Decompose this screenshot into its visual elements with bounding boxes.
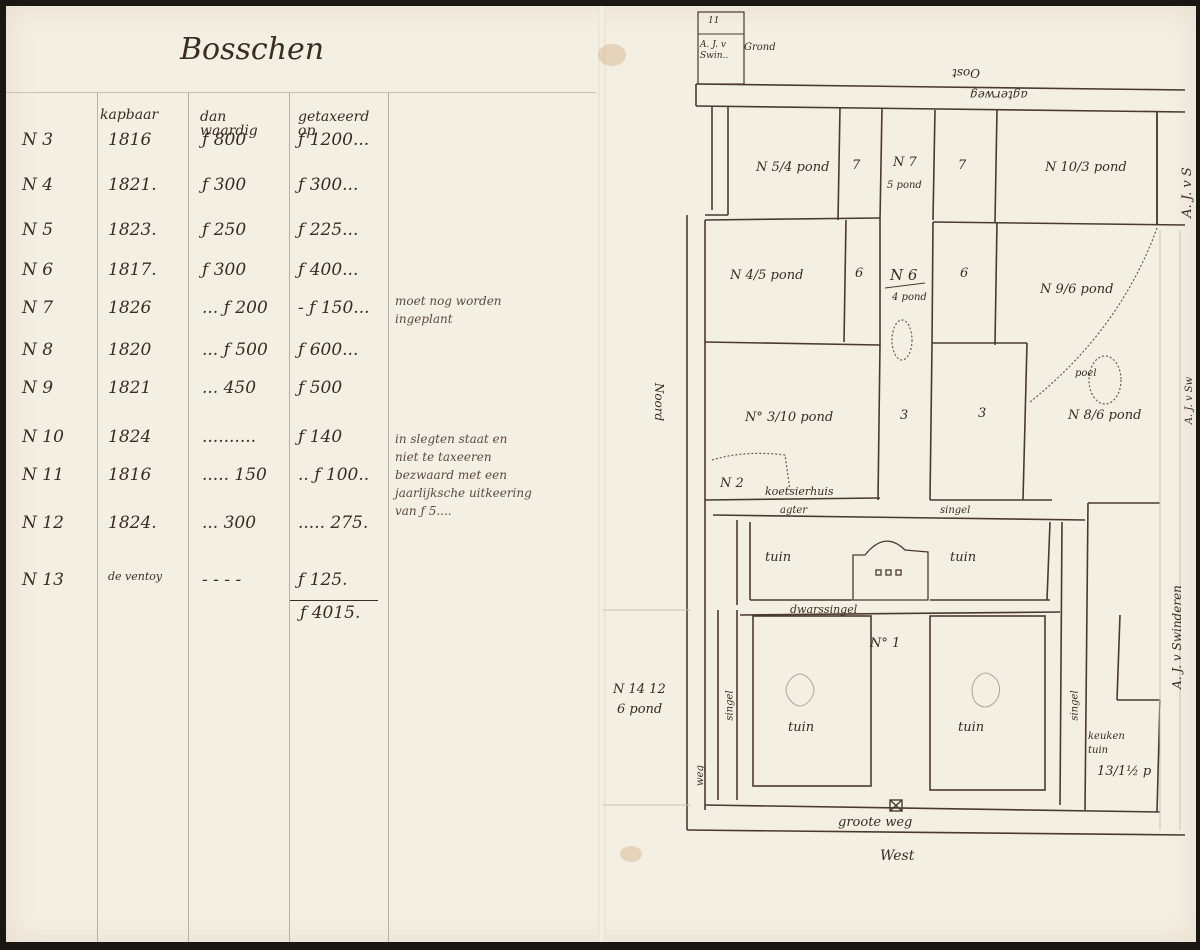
column-rule bbox=[97, 92, 98, 942]
row-number: N 9 bbox=[22, 378, 53, 398]
row-number: N 11 bbox=[22, 465, 64, 485]
row-getaxeerd: ƒ 125. bbox=[298, 570, 348, 590]
row-waardig: ƒ 800 bbox=[202, 130, 246, 150]
row-kapbaar: 1816 bbox=[108, 130, 151, 150]
row-number: N 12 bbox=[22, 513, 64, 533]
row-kapbaar: 1816 bbox=[108, 465, 151, 485]
row-number: N 5 bbox=[22, 220, 53, 240]
row-waardig: ƒ 300 bbox=[202, 175, 246, 195]
paper-stain bbox=[598, 44, 626, 66]
row-getaxeerd: ƒ 600... bbox=[298, 340, 358, 360]
row-getaxeerd: ƒ 140 bbox=[298, 427, 342, 447]
row-kapbaar: 1824 bbox=[108, 427, 151, 447]
row-waardig: ..... 150 bbox=[202, 465, 267, 485]
row-getaxeerd: - ƒ 150... bbox=[298, 298, 370, 318]
row-kapbaar: 1824. bbox=[108, 513, 157, 533]
total-value: ƒ 4015. bbox=[300, 603, 360, 623]
row-number: N 8 bbox=[22, 340, 53, 360]
row-waardig: ƒ 300 bbox=[202, 260, 246, 280]
column-rule bbox=[188, 92, 189, 942]
note-n7: moet nog worden ingeplant bbox=[395, 292, 502, 328]
row-waardig: - - - - bbox=[202, 570, 241, 590]
row-number: N 3 bbox=[22, 130, 53, 150]
row-getaxeerd: ƒ 400... bbox=[298, 260, 358, 280]
row-getaxeerd: ƒ 300... bbox=[298, 175, 358, 195]
row-getaxeerd: ƒ 500 bbox=[298, 378, 342, 398]
page-title: Bosschen bbox=[180, 32, 324, 67]
row-kapbaar: 1823. bbox=[108, 220, 157, 240]
row-kapbaar: 1820 bbox=[108, 340, 151, 360]
row-kapbaar: 1821 bbox=[108, 378, 151, 398]
ruled-line bbox=[6, 92, 596, 93]
row-getaxeerd: .. ƒ 100.. bbox=[298, 465, 369, 485]
note-n10: in slegten staat en niet te taxeeren bez… bbox=[395, 430, 532, 520]
row-number: N 13 bbox=[22, 570, 64, 590]
row-kapbaar: 1821. bbox=[108, 175, 157, 195]
row-waardig: ... ƒ 500 bbox=[202, 340, 268, 360]
row-kapbaar: 1826 bbox=[108, 298, 151, 318]
row-waardig: .......... bbox=[202, 427, 256, 447]
row-number: N 6 bbox=[22, 260, 53, 280]
page-fold bbox=[598, 6, 606, 942]
column-rule bbox=[289, 92, 290, 942]
row-waardig: ... 450 bbox=[202, 378, 256, 398]
paper-stain bbox=[620, 846, 642, 862]
row-getaxeerd: ..... 275. bbox=[298, 513, 368, 533]
row-number: N 7 bbox=[22, 298, 53, 318]
row-getaxeerd: ƒ 225... bbox=[298, 220, 358, 240]
header-kapbaar: kapbaar bbox=[100, 108, 158, 122]
row-kapbaar: 1817. bbox=[108, 260, 157, 280]
row-kapbaar: de ventoy bbox=[108, 570, 162, 583]
total-rule bbox=[290, 600, 378, 601]
row-waardig: ƒ 250 bbox=[202, 220, 246, 240]
row-number: N 10 bbox=[22, 427, 64, 447]
row-waardig: ... ƒ 200 bbox=[202, 298, 268, 318]
column-rule bbox=[388, 92, 389, 942]
row-waardig: ... 300 bbox=[202, 513, 256, 533]
row-number: N 4 bbox=[22, 175, 53, 195]
row-getaxeerd: ƒ 1200... bbox=[298, 130, 369, 150]
